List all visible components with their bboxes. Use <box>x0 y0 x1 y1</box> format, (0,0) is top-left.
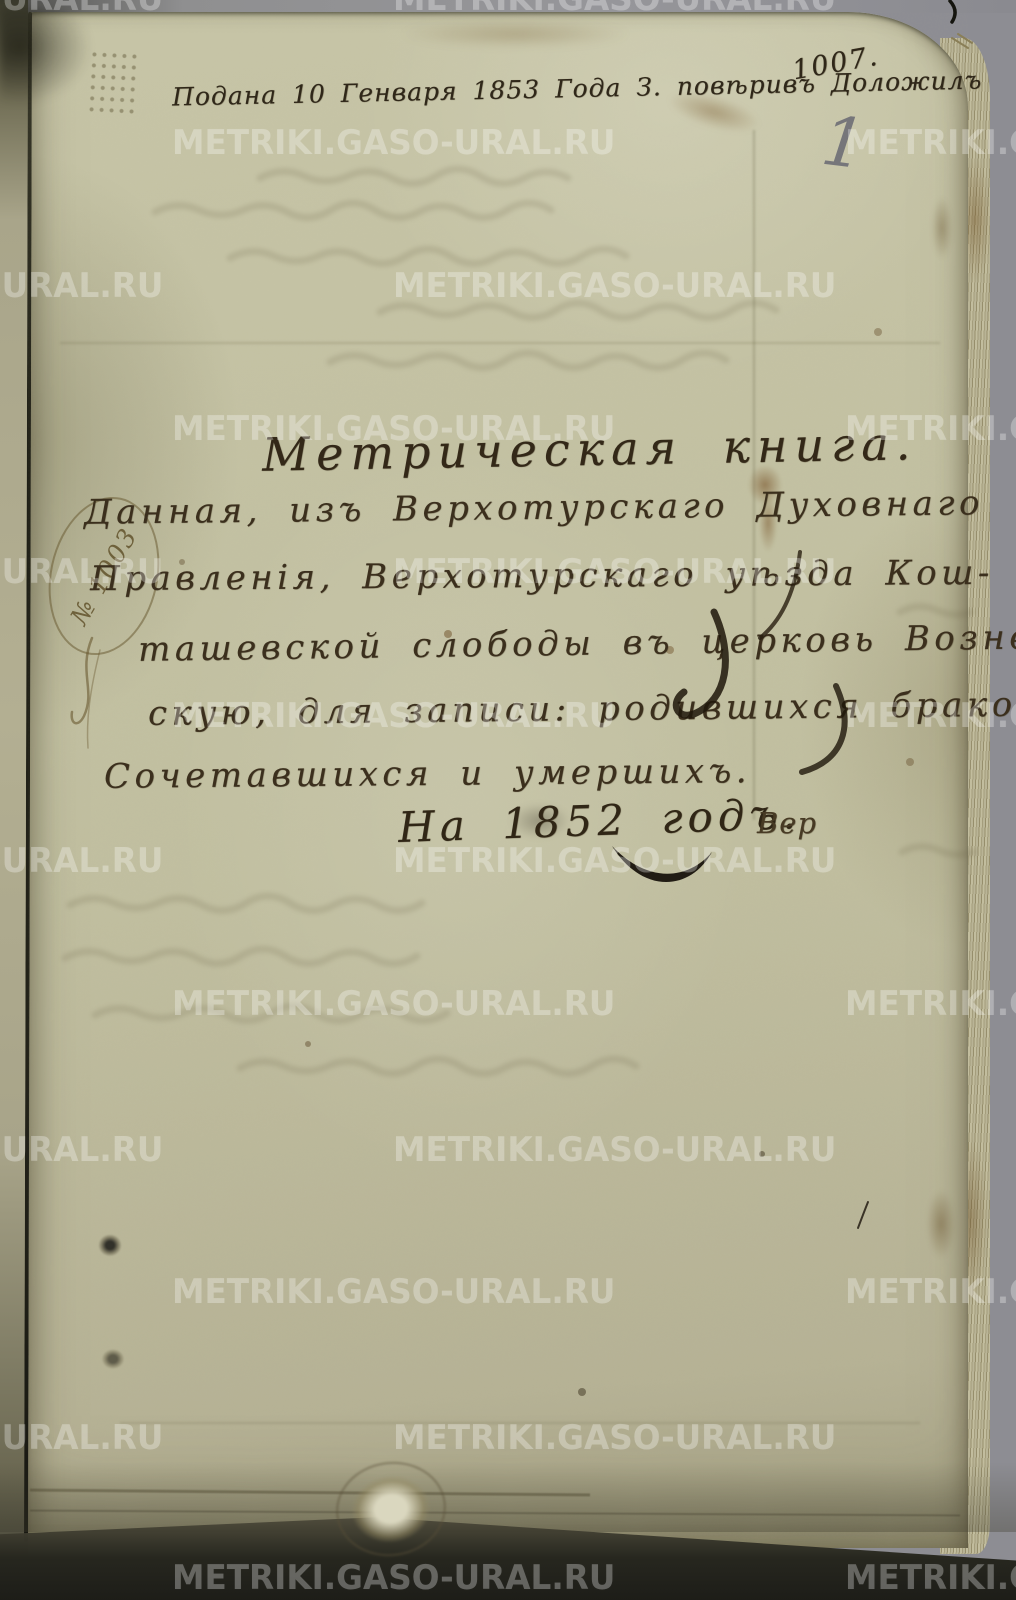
year-note: Вер <box>757 806 817 840</box>
body-line: Правленія, Верхотурскаго уѣзда Кош- <box>90 553 994 599</box>
gutter-shadow <box>0 8 160 138</box>
document-title: Метрическая книга. <box>262 416 918 481</box>
body-line: Сочетавшихся и умершихъ. <box>104 751 751 797</box>
bottom-shadow <box>0 1462 1016 1532</box>
archival-scan-page: Подана 10 Генваря 1853 Года З. повѣривъ … <box>0 0 1016 1600</box>
